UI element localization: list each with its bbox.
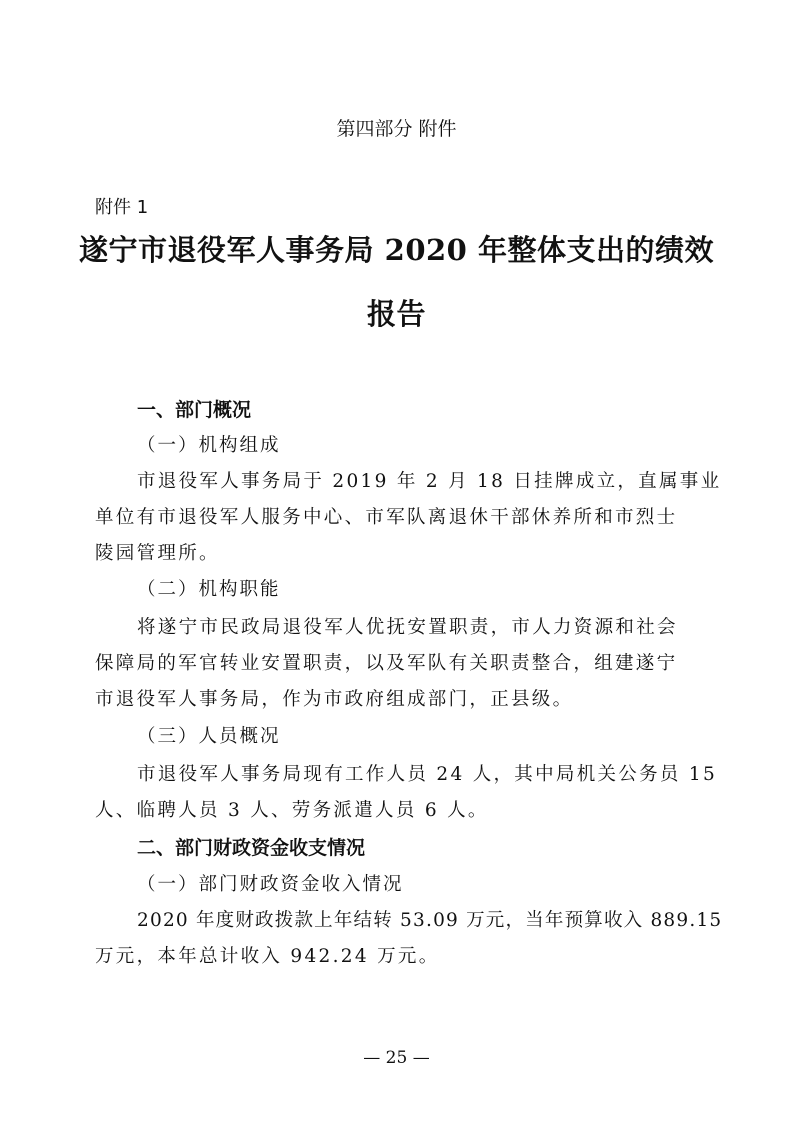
subsection-heading-1-2: （二）机构职能: [137, 575, 281, 601]
subsection-heading-1-3: （三）人员概况: [137, 722, 281, 748]
part-title: 第四部分 附件: [0, 114, 793, 141]
paragraph-line: 保障局的军官转业安置职责，以及军队有关职责整合，组建遂宁: [95, 649, 677, 675]
section-heading-1: 一、部门概况: [137, 395, 251, 422]
paragraph-line: 市退役军人事务局现有工作人员 24 人，其中局机关公务员 15: [137, 760, 717, 786]
paragraph-line: 单位有市退役军人服务中心、市军队离退休干部休养所和市烈士: [95, 503, 677, 529]
paragraph-line: 市退役军人事务局，作为市政府组成部门，正县级。: [95, 685, 573, 711]
paragraph-line: 万元，本年总计收入 942.24 万元。: [95, 942, 440, 968]
paragraph-line: 将遂宁市民政局退役军人优抚安置职责，市人力资源和社会: [137, 613, 678, 639]
paragraph-line: 2020 年度财政拨款上年结转 53.09 万元，当年预算收入 889.15: [137, 906, 722, 932]
document-title-line-1: 遂宁市退役军人事务局 2020 年整体支出的绩效: [0, 228, 793, 269]
document-title-line-2: 报告: [0, 292, 793, 333]
subsection-heading-2-1: （一）部门财政资金收入情况: [137, 870, 404, 896]
paragraph-line: 陵园管理所。: [95, 539, 220, 565]
page-number: — 25 —: [0, 1048, 793, 1068]
subsection-heading-1-1: （一）机构组成: [137, 431, 281, 457]
section-heading-2: 二、部门财政资金收支情况: [137, 833, 365, 860]
paragraph-line: 人、临聘人员 3 人、劳务派遣人员 6 人。: [95, 796, 489, 822]
paragraph-line: 市退役军人事务局于 2019 年 2 月 18 日挂牌成立，直属事业: [137, 467, 721, 493]
attachment-label: 附件 1: [95, 193, 148, 219]
